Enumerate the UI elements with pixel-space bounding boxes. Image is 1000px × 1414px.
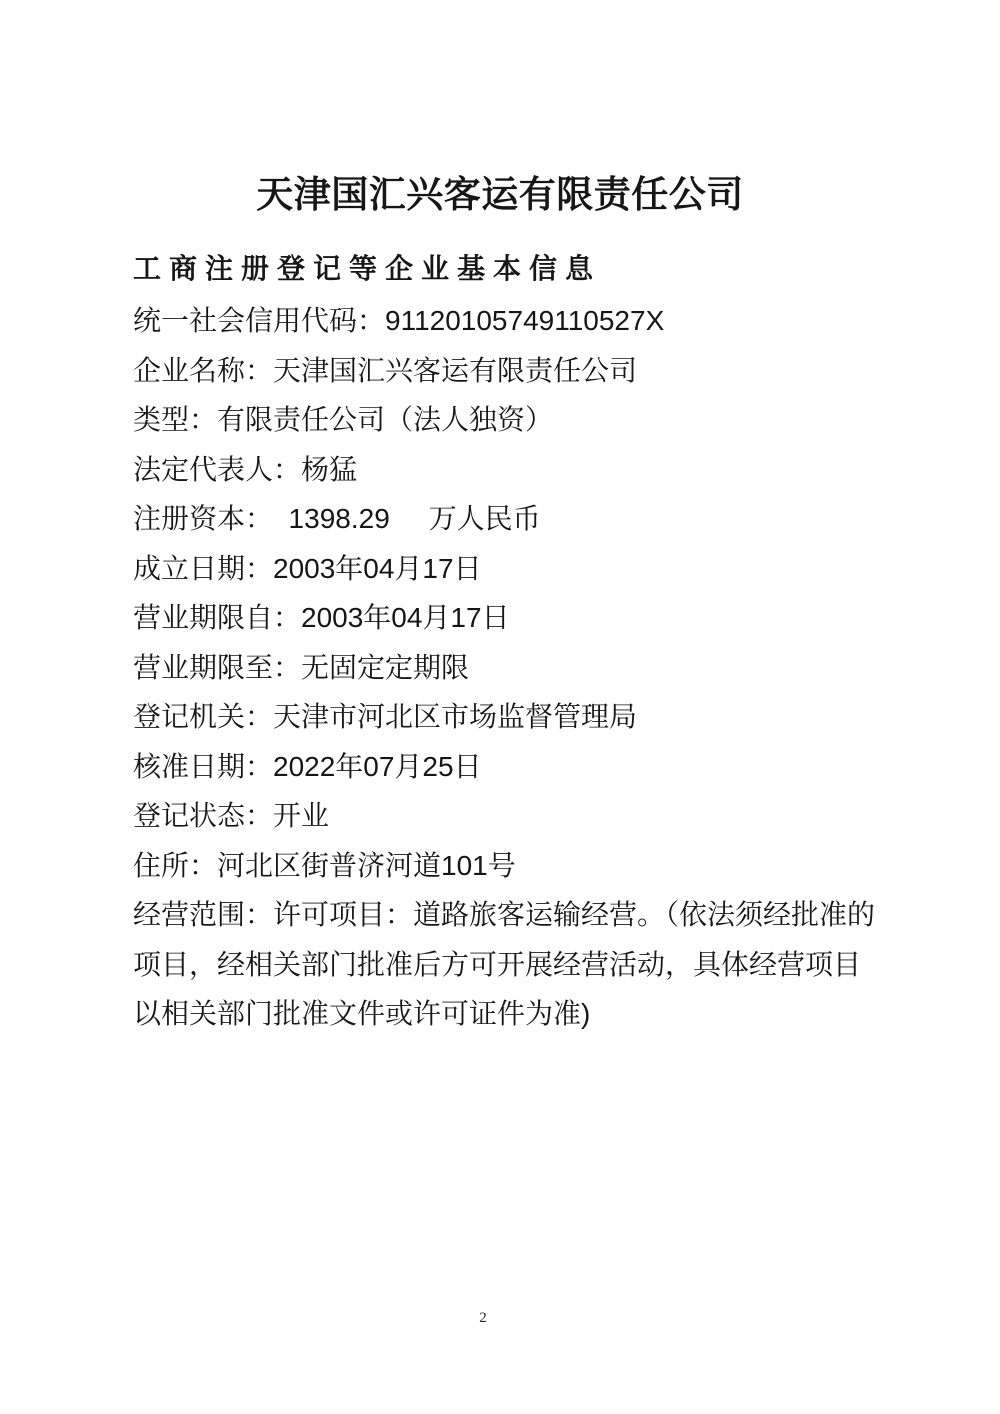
document-page: 天津国汇兴客运有限责任公司 工商注册登记等企业基本信息 统一社会信用代码：911… (0, 0, 1000, 1414)
field-credit-code: 统一社会信用代码：91120105749110527X (133, 296, 875, 346)
company-info-block: 统一社会信用代码：91120105749110527X 企业名称：天津国汇兴客运… (133, 296, 875, 1039)
field-establishment-date: 成立日期：2003年04月17日 (133, 544, 875, 594)
page-title: 天津国汇兴客运有限责任公司 (0, 0, 1000, 220)
field-registration-authority: 登记机关：天津市河北区市场监督管理局 (133, 692, 875, 742)
page-number: 2 (0, 1310, 966, 1327)
field-address: 住所：河北区街普济河道101号 (133, 841, 875, 891)
field-business-scope: 经营范围：许可项目：道路旅客运输经营。（依法须经批准的项目，经相关部门批准后方可… (133, 890, 875, 1039)
section-heading: 工商注册登记等企业基本信息 (133, 244, 1000, 293)
field-business-term-end: 营业期限至：无固定定期限 (133, 643, 875, 693)
field-legal-representative: 法定代表人：杨猛 (133, 445, 875, 495)
field-business-term-start: 营业期限自：2003年04月17日 (133, 593, 875, 643)
field-company-name: 企业名称：天津国汇兴客运有限责任公司 (133, 346, 875, 396)
field-approval-date: 核准日期：2022年07月25日 (133, 742, 875, 792)
field-company-type: 类型：有限责任公司（法人独资） (133, 395, 875, 445)
field-registration-status: 登记状态：开业 (133, 791, 875, 841)
field-registered-capital: 注册资本： 1398.29 万人民币 (133, 494, 875, 544)
